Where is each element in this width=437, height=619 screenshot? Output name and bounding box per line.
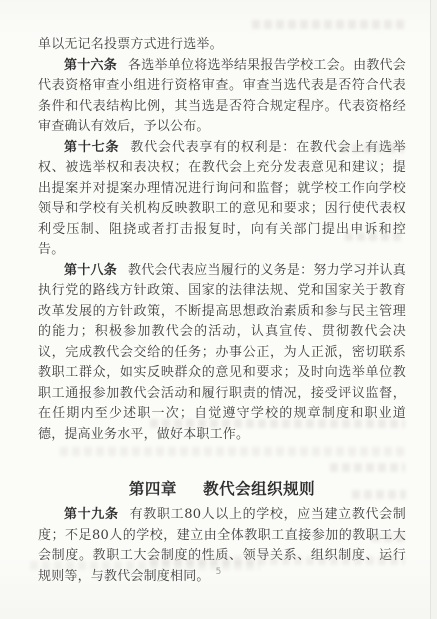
article-text: 教代会代表应当履行的义务是：努力学习并认真执行党的路线方针政策、国家的法律法规、…: [38, 263, 406, 442]
chapter-heading: 第四章教代会组织规则: [38, 478, 406, 500]
article-number: 第十九条: [64, 507, 119, 522]
page-number: 5: [0, 567, 437, 577]
scanned-document-page: 单以无记名投票方式进行选举。 第十六条各选举单位将选举结果报告学校工会。由教代会…: [0, 0, 437, 619]
article-text: 教代会代表享有的权利是：在教代会上有选举权、被选举权和表决权；在教代会上充分发表…: [38, 140, 406, 258]
article-number: 第十八条: [64, 263, 117, 278]
paragraph-article-17: 第十七条教代会代表享有的权利是：在教代会上有选举权、被选举权和表决权；在教代会上…: [38, 138, 406, 261]
bleed-through-artifact: [252, 20, 405, 29]
paragraph-article-18: 第十八条教代会代表应当履行的义务是：努力学习并认真执行党的路线方针政策、国家的法…: [38, 261, 406, 446]
chapter-title: 教代会组织规则: [203, 479, 315, 498]
article-number: 第十七条: [64, 140, 119, 155]
article-number: 第十六条: [64, 58, 117, 73]
chapter-number: 第四章: [129, 479, 177, 498]
document-body: 单以无记名投票方式进行选举。 第十六条各选举单位将选举结果报告学校工会。由教代会…: [38, 35, 406, 587]
paragraph-article-16: 第十六条各选举单位将选举结果报告学校工会。由教代会代表资格审查小组进行资格审查。…: [38, 56, 406, 138]
paragraph-continuation: 单以无记名投票方式进行选举。: [38, 35, 406, 56]
page-edge-shadow: [430, 0, 437, 619]
